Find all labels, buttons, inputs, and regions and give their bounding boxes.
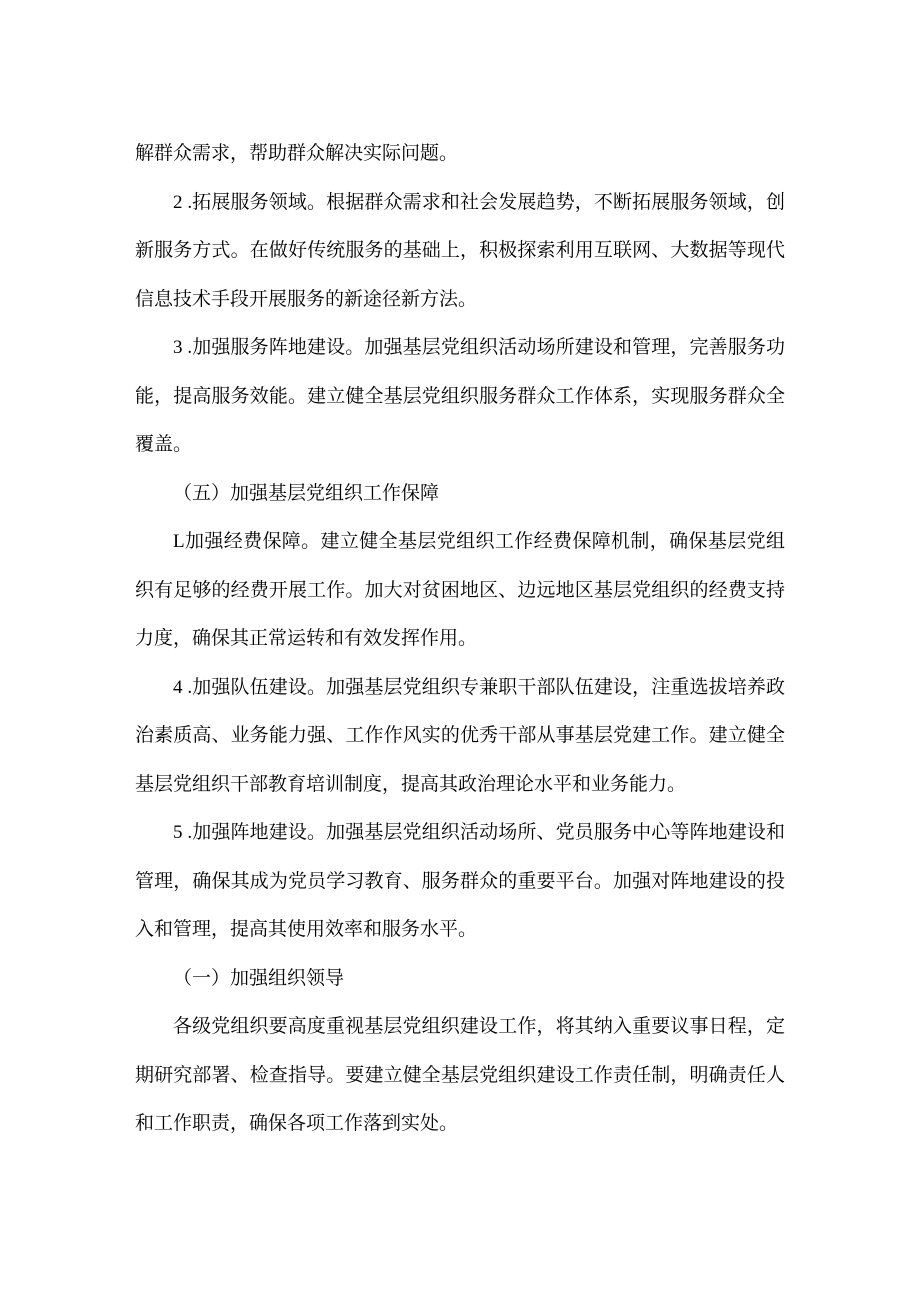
paragraph: L加强经费保障。建立健全基层党组织工作经费保障机制，确保基层党组织有足够的经费开… [135,518,785,664]
paragraph: 2 .拓展服务领域。根据群众需求和社会发展趋势，不断拓展服务领域，创新服务方式。… [135,179,785,325]
paragraph: 解群众需求，帮助群众解决实际问题。 [135,130,785,179]
section-heading: （一）加强组织领导 [135,955,785,1004]
document-body: 解群众需求，帮助群众解决实际问题。2 .拓展服务领域。根据群众需求和社会发展趋势… [135,130,785,1149]
paragraph: 5 .加强阵地建设。加强基层党组织活动场所、党员服务中心等阵地建设和管理，确保其… [135,809,785,955]
paragraph: 4 .加强队伍建设。加强基层党组织专兼职干部队伍建设，注重选拔培养政治素质高、业… [135,664,785,810]
document-page: 解群众需求，帮助群众解决实际问题。2 .拓展服务领域。根据群众需求和社会发展趋势… [0,0,920,1301]
paragraph: 3 .加强服务阵地建设。加强基层党组织活动场所建设和管理，完善服务功能，提高服务… [135,324,785,470]
paragraph: 各级党组织要高度重视基层党组织建设工作，将其纳入重要议事日程，定期研究部署、检查… [135,1003,785,1149]
section-heading: （五）加强基层党组织工作保障 [135,470,785,519]
